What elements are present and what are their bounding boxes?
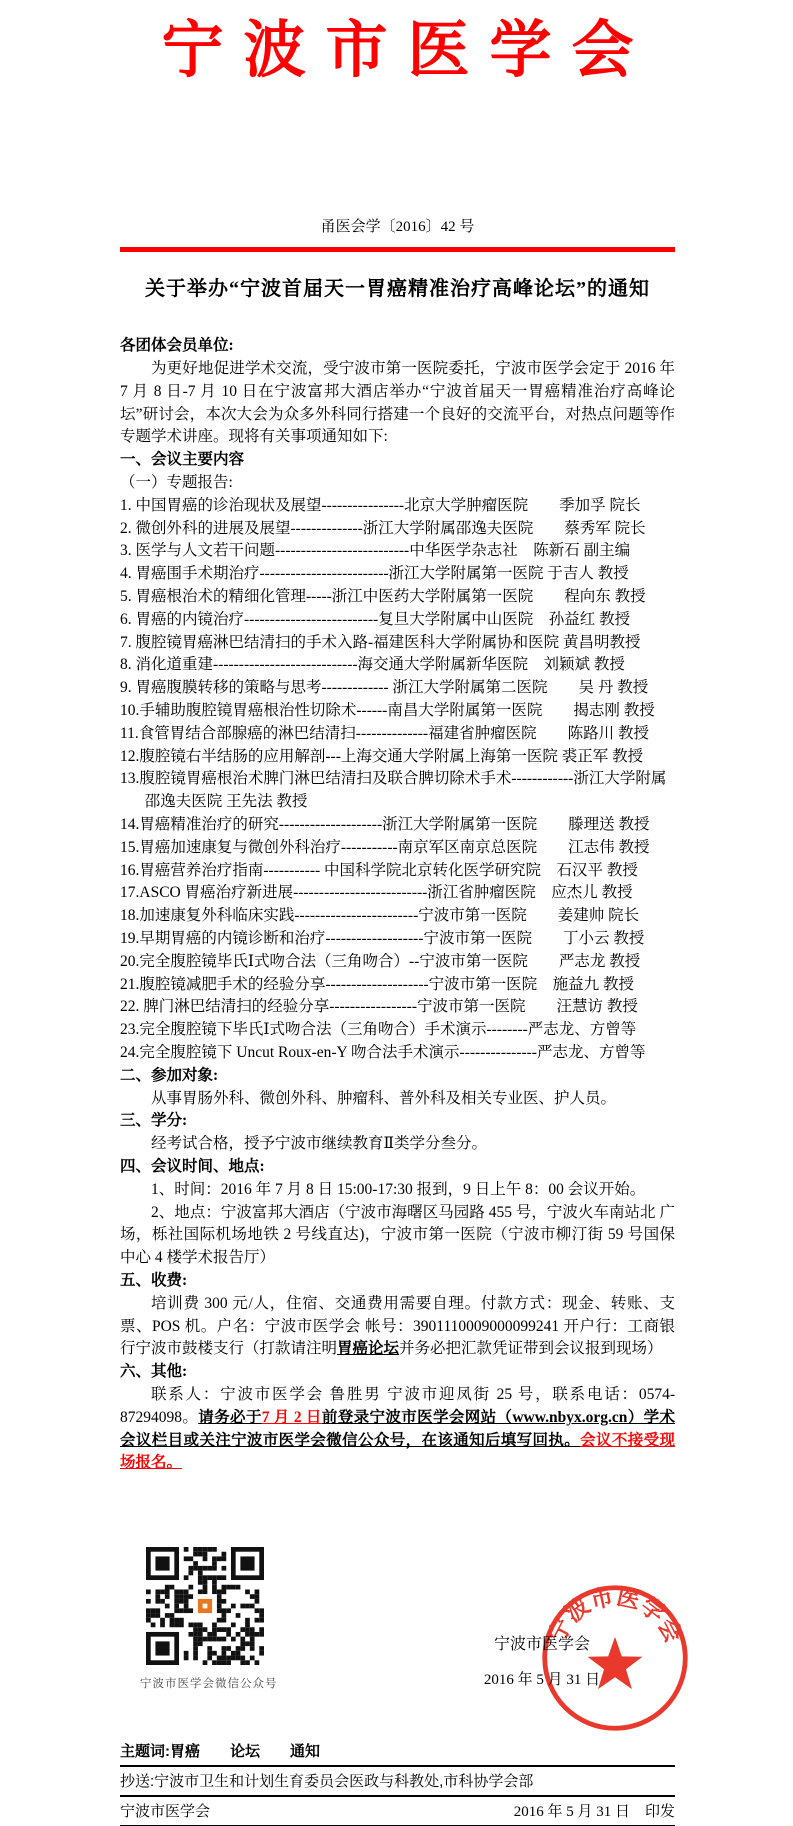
report-item: 19.早期胃癌的内镜诊断和治疗-------------------宁波市第一医…	[120, 928, 675, 951]
report-item: 22. 脾门淋巴结清扫的经验分享-----------------宁波市第一医院…	[120, 996, 675, 1019]
report-item: 9. 胃癌腹膜转移的策略与思考------------- 浙江大学附属第二医院 …	[120, 677, 675, 700]
report-item: 8. 消化道重建----------------------------海交通大…	[120, 654, 675, 677]
section4-heading: 四、会议时间、地点:	[120, 1156, 675, 1179]
report-item: 5. 胃癌根治术的精细化管理-----浙江中医药大学附属第一医院 程向东 教授	[120, 586, 675, 609]
report-item: 2. 微创外科的进展及展望--------------浙江大学附属邵逸夫医院 蔡…	[120, 518, 675, 541]
section1-subheading: （一）专题报告:	[120, 472, 675, 495]
issuer-row: 宁波市医学会 2016 年 5 月 31 日 印发	[120, 1797, 675, 1826]
cc-row: 抄送:宁波市卫生和计划生育委员会医政与科教处,市科协学会部	[120, 1767, 675, 1797]
issue-date-text: 2016 年 5 月 31 日 印发	[514, 1800, 675, 1821]
section6-heading: 六、其他:	[120, 1361, 675, 1384]
text-segment: 胃癌论坛	[337, 1340, 399, 1357]
text-segment: 7 月 2 日	[262, 1409, 322, 1426]
report-item: 1. 中国胃癌的诊治现状及展望----------------北京大学肿瘤医院 …	[120, 495, 675, 518]
wechat-qr-block: 宁波市医学会微信公众号	[140, 1547, 270, 1691]
report-item: 11.食管胃结合部腺癌的淋巴结清扫--------------福建省肿瘤医院 陈…	[120, 723, 675, 746]
text-segment: 请务必于	[198, 1409, 262, 1426]
keywords-text: 主题词:胃癌 论坛 通知	[120, 1740, 320, 1761]
section2-text: 从事胃肠外科、微创外科、肿瘤科、普外科及相关专业医、护人员。	[120, 1088, 675, 1111]
issuer-text: 宁波市医学会	[120, 1800, 210, 1821]
notice-body: 各团体会员单位: 为更好地促进学术交流，受宁波市第一医院委托，宁波市医学会定于 …	[120, 335, 675, 1475]
official-seal-icon: 宁波市医学会	[538, 1581, 692, 1735]
doc-number: 甬医会学〔2016〕42 号	[120, 215, 675, 236]
report-item: 3. 医学与人文若干问题--------------------------中华…	[120, 540, 675, 563]
report-item: 7. 腹腔镜胃癌淋巴结清扫的手术入路-福建医科大学附属协和医院 黄昌明教授	[120, 632, 675, 655]
report-item: 20.完全腹腔镜毕氏Ⅰ式吻合法（三角吻合）--宁波市第一医院 严志龙 教授	[120, 951, 675, 974]
section6-text: 联系人：宁波市医学会 鲁胜男 宁波市迎凤街 25 号，联系电话：0574-872…	[120, 1384, 675, 1475]
seal-star	[588, 1637, 643, 1689]
qr-caption: 宁波市医学会微信公众号	[140, 1675, 270, 1691]
report-list: 1. 中国胃癌的诊治现状及展望----------------北京大学肿瘤医院 …	[120, 495, 675, 1065]
text-segment: 并务必把汇款凭证带到会议报到现场）	[399, 1340, 663, 1357]
keywords-row: 主题词:胃癌 论坛 通知	[120, 1737, 675, 1767]
section2-heading: 二、参加对象:	[120, 1065, 675, 1088]
qr-code-icon	[146, 1547, 264, 1665]
report-item: 14.胃癌精准治疗的研究--------------------浙江大学附属第一…	[120, 814, 675, 837]
section5-heading: 五、收费:	[120, 1270, 675, 1293]
report-item: 18.加速康复外科临床实践------------------------宁波市…	[120, 905, 675, 928]
report-item: 17.ASCO 胃癌治疗新进展-------------------------…	[120, 882, 675, 905]
section3-heading: 三、学分:	[120, 1110, 675, 1133]
org-title: 宁波市医学会	[120, 0, 675, 87]
report-item: 21.腹腔镜减肥手术的经验分享--------------------宁波市第一…	[120, 974, 675, 997]
section4-place: 2、地点：宁波富邦大酒店（宁波市海曙区马园路 455 号，宁波火车南站北 广 场…	[120, 1202, 675, 1270]
cc-text: 抄送:宁波市卫生和计划生育委员会医政与科教处,市科协学会部	[120, 1770, 533, 1791]
report-item: 12.腹腔镜右半结肠的应用解剖---上海交通大学附属上海第一医院 裘正军 教授	[120, 746, 675, 769]
report-item: 4. 胃癌围手术期治疗-------------------------浙江大学…	[120, 563, 675, 586]
report-item: 6. 胃癌的内镜治疗--------------------------复旦大学…	[120, 609, 675, 632]
section5-text: 培训费 300 元/人，住宿、交通费用需要自理。付款方式：现金、转账、支票、PO…	[120, 1293, 675, 1361]
notice-title: 关于举办“宁波首届天一胃癌精准治疗高峰论坛”的通知	[120, 272, 675, 301]
notice-document: 宁波市医学会 甬医会学〔2016〕42 号 关于举办“宁波首届天一胃癌精准治疗高…	[0, 0, 793, 1826]
report-item: 15.胃癌加速康复与微创外科治疗-----------南京军区南京总医院 江志伟…	[120, 837, 675, 860]
report-item: 24.完全腹腔镜下 Uncut Roux-en-Y 吻合法手术演示-------…	[120, 1042, 675, 1065]
document-footer: 主题词:胃癌 论坛 通知 抄送:宁波市卫生和计划生育委员会医政与科教处,市科协学…	[120, 1737, 675, 1826]
section1-heading: 一、会议主要内容	[120, 449, 675, 472]
report-item: 10.手辅助腹腔镜胃癌根治性切除术------南昌大学附属第一医院 揭志刚 教授	[120, 700, 675, 723]
section4-time: 1、时间：2016 年 7 月 8 日 15:00-17:30 报到，9 日上午…	[120, 1179, 675, 1202]
stamp-area: 宁波市医学会微信公众号 宁波市医学会 2016 年 5 月 31 日 宁波市医学…	[0, 1545, 793, 1737]
salutation: 各团体会员单位:	[120, 335, 675, 358]
report-item: 16.胃癌营养治疗指南----------- 中国科学院北京转化医学研究院 石汉…	[120, 860, 675, 883]
report-item: 23.完全腹腔镜下毕氏Ⅰ式吻合法（三角吻合）手术演示--------严志龙、方曾…	[120, 1019, 675, 1042]
red-divider	[120, 247, 675, 252]
report-item: 13.腹腔镜胃癌根治术脾门淋巴结清扫及联合脾切除术手术------------浙…	[120, 768, 675, 814]
intro-paragraph: 为更好地促进学术交流，受宁波市第一医院委托，宁波市医学会定于 2016 年 7 …	[120, 358, 675, 449]
section3-text: 经考试合格，授予宁波市继续教育Ⅱ类学分叁分。	[120, 1133, 675, 1156]
